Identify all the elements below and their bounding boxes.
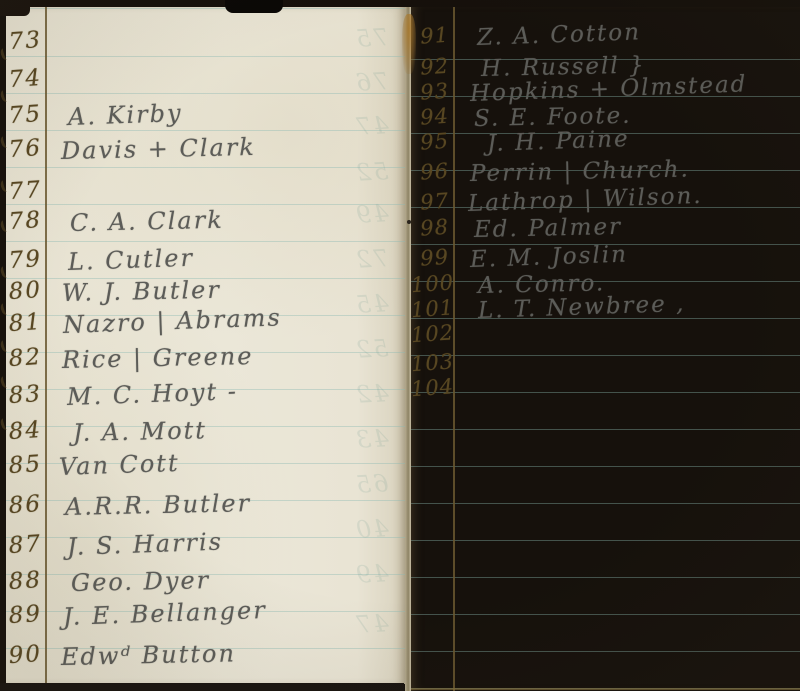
- ghost-digit: 72: [353, 244, 389, 274]
- entry-number: 78: [7, 207, 43, 235]
- entry-number: 75: [7, 101, 43, 129]
- entry-name: J. H. Paine: [487, 126, 630, 157]
- entry-name: C. A. Clark: [70, 206, 224, 237]
- entry-number: 83: [7, 381, 43, 409]
- entry-name: J. A. Mott: [73, 416, 207, 447]
- entry-name: M. C. Hoyt -: [67, 377, 239, 411]
- entry-number: 88: [7, 567, 43, 595]
- ghost-digit: 52: [353, 157, 389, 187]
- entry-name: Rice | Greene: [62, 342, 254, 374]
- entry-name: L. Cutler: [68, 244, 195, 276]
- entry-number: 96: [411, 159, 450, 186]
- entry-number: 99: [411, 245, 450, 272]
- ghost-digit: 49: [353, 199, 389, 229]
- ghost-digit: 47: [353, 609, 389, 639]
- entry-name: Z. A. Cotton: [477, 19, 642, 51]
- entry-number: 95: [411, 129, 450, 156]
- entry-name: Nazro | Abrams: [63, 303, 283, 339]
- entry-number: 79: [7, 246, 43, 274]
- entry-number: 81: [7, 309, 43, 337]
- entry-number: 76: [7, 135, 43, 163]
- ghost-digit: 42: [353, 379, 389, 409]
- scan-top-edge: [0, 0, 800, 7]
- entry-number: 102: [411, 321, 450, 348]
- entry-name: Van Cott: [59, 449, 181, 481]
- ghost-digit: 75: [353, 23, 389, 53]
- glue-stain: [402, 14, 416, 74]
- ledger-page-right: 91Z. A. Cotton92H. Russell }93Hopkins + …: [411, 5, 800, 691]
- entry-number: 85: [7, 451, 43, 479]
- entry-number: 80: [7, 277, 43, 305]
- entry-number: 97: [411, 189, 450, 216]
- entry-number: 98: [411, 215, 450, 242]
- entry-number: 90: [7, 641, 43, 669]
- entry-number: 91: [411, 23, 450, 50]
- entry-name: W. J. Butler: [62, 276, 221, 307]
- ledger-page-left: 737475A. Kirby76Davis + Clark7778C. A. C…: [6, 7, 405, 684]
- entry-number: 87: [7, 531, 43, 559]
- ghost-digit: 47: [353, 111, 389, 141]
- entry-number: 89: [7, 601, 43, 629]
- entry-name: Geo. Dyer: [71, 566, 211, 597]
- margin-line: [45, 7, 47, 684]
- entry-number: 104: [411, 375, 450, 402]
- ghost-digit: 65: [353, 469, 389, 499]
- entry-name: J. S. Harris: [67, 528, 224, 561]
- entry-name: Ed. Palmer: [474, 214, 623, 243]
- scan-top-left-blob: [0, 0, 30, 16]
- margin-line: [453, 5, 455, 691]
- ghost-digit: 49: [353, 559, 389, 589]
- entry-name: A.R.R. Butler: [65, 489, 252, 521]
- entry-number: 77: [7, 177, 43, 205]
- page-gutter: [405, 0, 411, 691]
- ledger-scan: 737475A. Kirby76Davis + Clark7778C. A. C…: [0, 0, 800, 691]
- entry-number: 74: [7, 65, 43, 93]
- entry-number: 103: [411, 350, 450, 377]
- ghost-digit: 43: [353, 424, 389, 454]
- entry-name: Lathrop | Wilson.: [468, 183, 703, 217]
- ghost-digit: 45: [353, 289, 389, 319]
- ghost-digit: 52: [353, 334, 389, 364]
- entry-number: 84: [7, 417, 43, 445]
- ghost-digit: 76: [353, 67, 389, 97]
- scan-top-blob: [225, 0, 283, 13]
- entry-name: J. E. Bellanger: [63, 596, 268, 631]
- entry-number: 101: [411, 296, 450, 323]
- entry-name: Edwᵈ Button: [61, 639, 237, 671]
- entry-number: 100: [411, 271, 450, 298]
- entry-name: Davis + Clark: [61, 133, 256, 165]
- entry-number: 94: [411, 104, 450, 131]
- entry-name: Perrin | Church.: [470, 156, 690, 187]
- entry-number: 73: [7, 27, 43, 55]
- entry-number: 92: [411, 54, 450, 81]
- entry-name: A. Kirby: [68, 99, 184, 131]
- entry-number: 93: [411, 79, 450, 106]
- scan-bottom-line: [411, 688, 800, 690]
- entry-number: 82: [7, 344, 43, 372]
- ghost-digit: 40: [353, 514, 389, 544]
- entry-name: E. M. Joslin: [470, 241, 629, 272]
- entry-number: 86: [7, 491, 43, 519]
- ink-dot: [407, 220, 411, 224]
- scan-bottom-edge: [0, 683, 404, 691]
